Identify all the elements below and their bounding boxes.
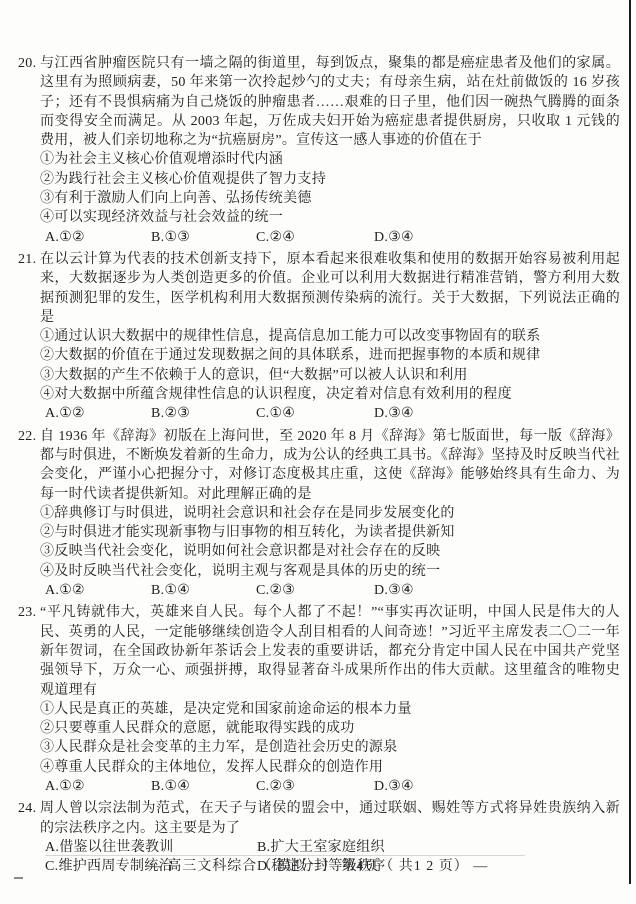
option-item-4: ④及时反映当代社会变化，说明主观与客观是具体的历史的统一 (40, 562, 620, 581)
exam-paper-page: 20. 与江西省肿瘤医院只有一墙之隔的街道里，每到饭点，聚集的都是癌症患者及他们… (0, 0, 636, 904)
option-item-2: ②只要尊重人民群众的意愿，就能取得实践的成功 (40, 719, 620, 738)
choice-a: A.①② (45, 777, 151, 796)
choice-d: D.③④ (374, 228, 620, 247)
question-number: 24. (18, 799, 40, 818)
question-stem: 与江西省肿瘤医院只有一墙之隔的街道里，每到饭点，聚集的都是癌症患者及他们的家属。… (40, 54, 620, 150)
question-number: 21. (18, 250, 40, 269)
answer-choices: A.①② B.①③ C.②④ D.③④ (40, 228, 620, 247)
choice-b: B.①④ (151, 777, 256, 796)
question-number: 20. (18, 54, 40, 73)
option-item-2: ②大数据的价值在于通过发现数据之间的具体联系，进而把握事物的本质和规律 (40, 346, 620, 365)
question-22: 22. 自 1936 年《辞海》初版在上海问世，至 2020 年 8 月《辞海》… (18, 427, 620, 601)
question-stem: 自 1936 年《辞海》初版在上海问世，至 2020 年 8 月《辞海》第七版面… (40, 427, 620, 504)
choice-d: D.③④ (374, 581, 620, 600)
answer-choices: A.①② B.①④ C.②③ D.③④ (40, 777, 620, 796)
option-item-3: ③大数据的产生不依赖于人的意识，但“大数据”可以被人认识和利用 (40, 366, 620, 385)
option-item-4: ④可以实现经济效益与社会效益的统一 (40, 208, 620, 227)
option-item-1: ①通过认识大数据中的规律性信息，提高信息加工能力可以改变事物固有的联系 (40, 327, 620, 346)
choice-a: A.①② (45, 404, 151, 423)
option-item-1: ①辞典修订与时俱进，说明社会意识和社会存在是同步发展变化的 (40, 504, 620, 523)
question-20: 20. 与江西省肿瘤医院只有一墙之隔的街道里，每到饭点，聚集的都是癌症患者及他们… (18, 54, 620, 247)
choice-b: B.①③ (151, 228, 256, 247)
answer-choices: A.①② B.②③ C.①④ D.③④ (40, 404, 620, 423)
question-number: 23. (18, 603, 40, 622)
choice-c: C.②③ (256, 777, 374, 796)
option-item-1: ①为社会主义核心价值观增添时代内涵 (40, 150, 620, 169)
question-stem: 在以云计算为代表的技术创新支持下，原本看起来很难收集和使用的数据开始容易被利用起… (40, 250, 620, 327)
choice-c: C.①④ (256, 404, 374, 423)
option-item-4: ④对大数据中所蕴含规律性信息的认识程度，决定着对信息有效利用的程度 (40, 385, 620, 404)
question-stem: 周人曾以宗法制为范式，在天子与诸侯的盟会中，通过联姻、赐姓等方式将异姓贵族纳入新… (40, 799, 620, 838)
option-item-3: ③有利于激励人们向上向善、弘扬传统美德 (40, 189, 620, 208)
question-23: 23. “平凡铸就伟大，英雄来自人民。每个人都了不起！”“事实再次证明，中国人民… (18, 603, 620, 796)
scan-artifact-line (45, 855, 525, 856)
option-item-4: ④尊重人民群众的主体地位，发挥人民群众的创造作用 (40, 758, 620, 777)
choice-b: B.①④ (151, 581, 256, 600)
scan-artifact-dash (14, 877, 23, 879)
option-item-2: ②为践行社会主义核心价值观提供了智力支持 (40, 170, 620, 189)
choice-a: A.①② (45, 581, 151, 600)
answer-choices: A.①② B.①④ C.②③ D.③④ (40, 581, 620, 600)
question-number: 22. (18, 427, 40, 446)
page-footer: — 高三文科综合（ 模拟一） 第4页（ 共1 2 页） — (0, 857, 636, 876)
choice-d: D.③④ (374, 404, 620, 423)
choice-b: B.②③ (151, 404, 256, 423)
option-item-2: ②与时俱进才能实现新事物与旧事物的相互转化，为读者提供新知 (40, 523, 620, 542)
question-21: 21. 在以云计算为代表的技术创新支持下，原本看起来很难收集和使用的数据开始容易… (18, 250, 620, 424)
option-item-1: ①人民是真正的英雄，是决定党和国家前途命运的根本力量 (40, 700, 620, 719)
option-item-3: ③人民群众是社会变革的主力军，是创造社会历史的源泉 (40, 738, 620, 757)
choice-c: C.②③ (256, 581, 374, 600)
choice-d: D.③④ (374, 777, 620, 796)
option-item-3: ③反映当代社会变化，说明如何社会意识都是对社会存在的反映 (40, 542, 620, 561)
choice-c: C.②④ (256, 228, 374, 247)
choice-a: A.①② (45, 228, 151, 247)
scan-page-edge-line (629, 0, 631, 884)
question-stem: “平凡铸就伟大，英雄来自人民。每个人都了不起！”“事实再次证明，中国人民是伟大的… (40, 603, 620, 699)
exam-questions-area: 20. 与江西省肿瘤医院只有一墙之隔的街道里，每到饭点，聚集的都是癌症患者及他们… (18, 54, 620, 879)
